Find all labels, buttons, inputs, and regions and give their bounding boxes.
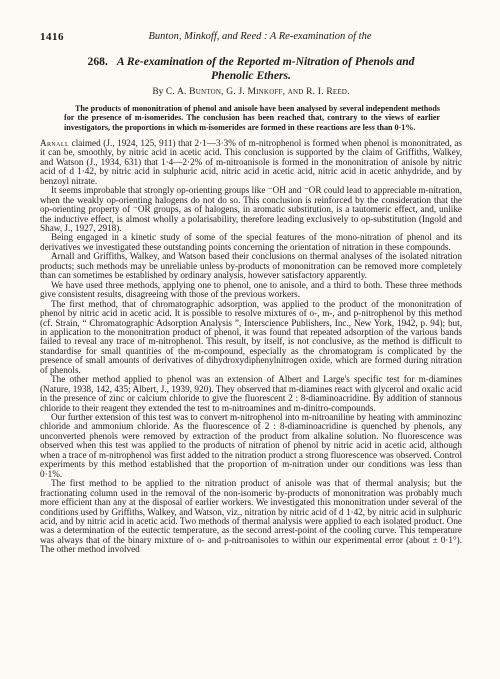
body-paragraph: Our further extension of this test was t… xyxy=(40,413,462,479)
paragraph-text: claimed (J., 1924, 125, 911) that 2·1—3·… xyxy=(40,138,462,186)
article-number: 268. xyxy=(88,55,108,68)
journal-page: 1416 Bunton, Minkoff, and Reed : A Re-ex… xyxy=(0,0,500,679)
page-number: 1416 xyxy=(40,31,64,43)
running-head: Bunton, Minkoff, and Reed : A Re-examina… xyxy=(40,31,462,42)
body-paragraph: We have used three methods, applying one… xyxy=(40,281,462,300)
body-paragraph: It seems improbable that strongly op-ori… xyxy=(40,186,462,233)
body-paragraph: Arnall claimed (J., 1924, 125, 911) that… xyxy=(40,139,462,186)
article-title-line-1: 268.A Re-examination of the Reported m-N… xyxy=(40,55,462,69)
body-paragraph: The first method to be applied to the ni… xyxy=(40,479,462,555)
byline: By C. A. Bunton, G. J. Minkoff, and R. I… xyxy=(40,87,462,97)
body-paragraph: The other method applied to phenol was a… xyxy=(40,375,462,413)
byline-authors: C. A. Bunton, G. J. Minkoff, and R. I. R… xyxy=(166,87,350,97)
body-paragraph: Being engaged in a kinetic study of some… xyxy=(40,233,462,252)
article-body: Arnall claimed (J., 1924, 125, 911) that… xyxy=(40,139,462,555)
page-header: 1416 Bunton, Minkoff, and Reed : A Re-ex… xyxy=(40,31,462,44)
abstract: The products of mononitration of phenol … xyxy=(64,104,440,132)
article-title-line-2: Phenolic Ethers. xyxy=(40,69,462,83)
article-title-text: A Re-examination of the Reported m-Nitra… xyxy=(117,55,415,68)
article-title-block: 268.A Re-examination of the Reported m-N… xyxy=(40,55,462,82)
body-paragraph: The first method, that of chromatographi… xyxy=(40,300,462,376)
byline-prefix: By xyxy=(152,87,165,97)
body-paragraph: Arnall and Griffiths, Walkey, and Watson… xyxy=(40,252,462,280)
